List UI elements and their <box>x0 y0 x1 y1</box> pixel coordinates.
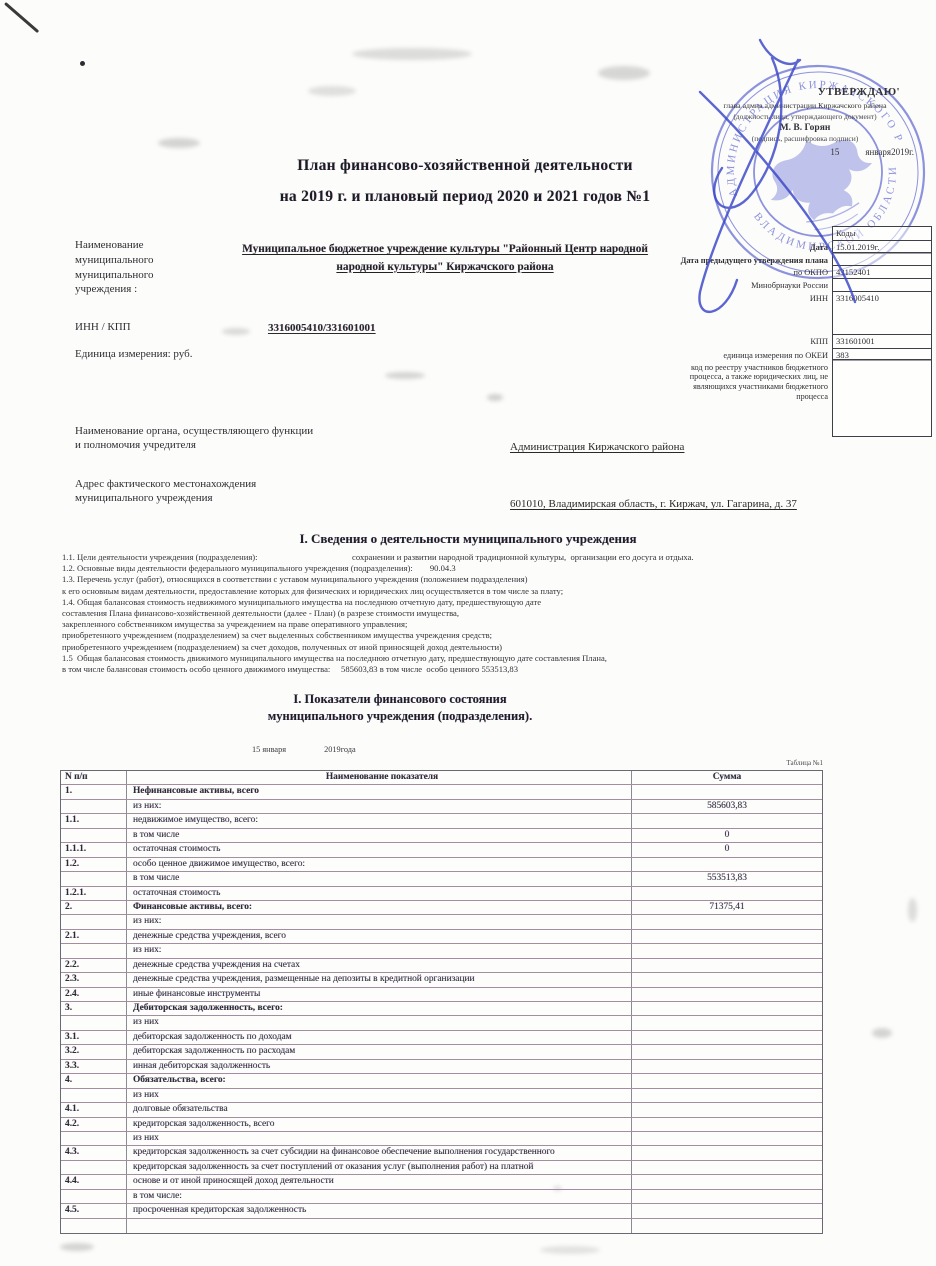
indicator-name-cell: Дебиторская задолженность, всего: <box>127 1002 632 1015</box>
scan-smudge <box>352 48 472 60</box>
sum-cell <box>632 1002 822 1015</box>
code-label: КПП <box>638 335 832 347</box>
sum-cell <box>632 1103 822 1116</box>
table-row: 1.1.1.остаточная стоимость0 <box>61 843 822 857</box>
scanned-document-page: { "approval": { "approve_word": "УТВЕРЖД… <box>0 0 936 1266</box>
indicator-name-cell: кредиторская задолженность, всего <box>127 1118 632 1131</box>
sum-cell <box>632 1045 822 1058</box>
row-number-cell <box>61 915 127 928</box>
code-value-box: 331601001 <box>832 334 932 349</box>
row-number-cell <box>61 1089 127 1102</box>
row-number-cell <box>61 800 127 813</box>
indicator-name-cell: денежные средства учреждения, всего <box>127 930 632 943</box>
fin-table-header-row: N п/п Наименование показателя Сумма <box>61 771 822 785</box>
pencil-mark <box>4 2 39 33</box>
table-row: 2.1.денежные средства учреждения, всего <box>61 930 822 944</box>
signature-strokes <box>640 30 936 330</box>
row-number-cell <box>61 1161 127 1174</box>
row-number-cell <box>61 872 127 885</box>
sum-cell <box>632 930 822 943</box>
table-row: 3.1.дебиторская задолженность по доходам <box>61 1031 822 1045</box>
org-name-value: Муниципальное бюджетное учреждение культ… <box>233 241 657 276</box>
address-value: 601010, Владимирская область, г. Киржач,… <box>510 497 798 513</box>
sum-cell <box>632 973 822 986</box>
indicator-name-cell: в том числе: <box>127 1190 632 1203</box>
indicator-name-cell: из них <box>127 1016 632 1029</box>
indicator-name-cell: Обязательства, всего: <box>127 1074 632 1087</box>
code-label: код по реестру участников бюджетного про… <box>678 361 832 402</box>
table-row: 1.1.недвижимое имущество, всего: <box>61 814 822 828</box>
row-number-cell: 2.3. <box>61 973 127 986</box>
row-number-cell: 4.4. <box>61 1175 127 1188</box>
scan-smudge <box>308 86 356 96</box>
fin-heading-line2: муниципального учреждения (подразделения… <box>100 708 700 725</box>
indicator-name-cell: денежные средства учреждения на счетах <box>127 959 632 972</box>
indicator-name-cell: из них: <box>127 915 632 928</box>
sum-cell <box>632 1089 822 1102</box>
table-row: 4.1.долговые обязательства <box>61 1103 822 1117</box>
table-row: 4.Обязательства, всего: <box>61 1074 822 1088</box>
row-number-cell: 2.1. <box>61 930 127 943</box>
table-row: из них: <box>61 915 822 929</box>
row-number-cell: 4.1. <box>61 1103 127 1116</box>
row-number-cell: 3. <box>61 1002 127 1015</box>
table-row <box>61 1219 822 1233</box>
table-row: из них <box>61 1016 822 1030</box>
table-row: из них:585603,83 <box>61 800 822 814</box>
indicator-name-cell: просроченная кредиторская задолженность <box>127 1204 632 1217</box>
row-number-cell: 1. <box>61 785 127 798</box>
sum-cell <box>632 1074 822 1087</box>
row-number-cell: 4. <box>61 1074 127 1087</box>
sum-cell <box>632 959 822 972</box>
section-info-heading: I. Сведения о деятельности муниципальног… <box>0 531 936 547</box>
row-number-cell <box>61 829 127 842</box>
indicator-name-cell: особо ценное движимое имущество, всего: <box>127 858 632 871</box>
indicator-name-cell: в том числе <box>127 829 632 842</box>
unit-label: Единица измерения: руб. <box>75 347 193 362</box>
info-paragraphs: 1.1. Цели деятельности учреждения (подра… <box>62 552 892 675</box>
table-row: из них: <box>61 944 822 958</box>
sum-cell <box>632 1060 822 1073</box>
sum-cell <box>632 1190 822 1203</box>
sum-cell: 0 <box>632 843 822 856</box>
table-row: 4.4.основе и от иной приносящей доход де… <box>61 1175 822 1189</box>
table-row: 2.3.денежные средства учреждения, размещ… <box>61 973 822 987</box>
fin-heading-line1: I. Показатели финансового состояния <box>100 691 700 708</box>
founder-label: Наименование органа, осуществляющего фун… <box>75 424 313 452</box>
row-number-cell <box>61 1132 127 1145</box>
row-number-cell: 1.2. <box>61 858 127 871</box>
indicator-name-cell: иные финансовые инструменты <box>127 988 632 1001</box>
sum-cell <box>632 785 822 798</box>
indicator-name-cell: основе и от иной приносящей доход деятел… <box>127 1175 632 1188</box>
row-number-cell <box>61 1219 127 1233</box>
table-row: в том числе553513,83 <box>61 872 822 886</box>
scan-smudge <box>158 138 200 148</box>
row-number-cell: 1.1. <box>61 814 127 827</box>
ink-dot <box>80 61 85 66</box>
table-row: 2.Финансовые активы, всего:71375,41 <box>61 901 822 915</box>
indicator-name-cell: кредиторская задолженность за счет посту… <box>127 1161 632 1174</box>
table-row: в том числе: <box>61 1190 822 1204</box>
sum-cell <box>632 1118 822 1131</box>
row-number-cell: 1.1.1. <box>61 843 127 856</box>
sum-cell <box>632 1219 822 1233</box>
table-row: из них <box>61 1089 822 1103</box>
sum-cell <box>632 988 822 1001</box>
code-label: единица измерения по ОКЕИ <box>638 349 832 361</box>
org-name-label: Наименование муниципального муниципально… <box>75 238 154 297</box>
col-header-sum: Сумма <box>632 771 822 784</box>
sum-cell <box>632 1132 822 1145</box>
row-number-cell: 4.3. <box>61 1146 127 1159</box>
address-label: Адрес фактического местонахождения муниц… <box>75 477 256 505</box>
indicator-name-cell: из них: <box>127 944 632 957</box>
table-row: в том числе0 <box>61 829 822 843</box>
indicator-name-cell: из них: <box>127 800 632 813</box>
sum-cell <box>632 1016 822 1029</box>
inn-kpp-label: ИНН / КПП <box>75 320 131 335</box>
code-row: код по реестру участников бюджетного про… <box>638 361 932 438</box>
table-row: 4.3.кредиторская задолженность за счет с… <box>61 1146 822 1160</box>
table-row: 4.5.просроченная кредиторская задолженно… <box>61 1204 822 1218</box>
sum-cell <box>632 1146 822 1159</box>
indicator-name-cell: Нефинансовые активы, всего <box>127 785 632 798</box>
sum-cell: 0 <box>632 829 822 842</box>
fin-table: N п/п Наименование показателя Сумма 1.Не… <box>60 770 823 1234</box>
row-number-cell: 2. <box>61 901 127 914</box>
table-row: из них <box>61 1132 822 1146</box>
sum-cell <box>632 1161 822 1174</box>
fin-table-body: 1.Нефинансовые активы, всегоиз них:58560… <box>61 785 822 1233</box>
table-row: 3.Дебиторская задолженность, всего: <box>61 1002 822 1016</box>
col-header-num: N п/п <box>61 771 127 784</box>
sum-cell: 585603,83 <box>632 800 822 813</box>
row-number-cell: 4.2. <box>61 1118 127 1131</box>
scan-smudge <box>60 1243 94 1251</box>
table-row: 2.4.иные финансовые инструменты <box>61 988 822 1002</box>
indicator-name-cell: Финансовые активы, всего: <box>127 901 632 914</box>
indicator-name-cell: инная дебиторская задолженность <box>127 1060 632 1073</box>
indicator-name-cell <box>127 1219 632 1233</box>
row-number-cell: 3.3. <box>61 1060 127 1073</box>
table-row: 4.2.кредиторская задолженность, всего <box>61 1118 822 1132</box>
founder-value: Администрация Киржачского района <box>510 441 684 453</box>
row-number-cell <box>61 1016 127 1029</box>
table-row: 3.3.инная дебиторская задолженность <box>61 1060 822 1074</box>
table-row: кредиторская задолженность за счет посту… <box>61 1161 822 1175</box>
scan-smudge <box>540 1246 600 1254</box>
col-header-name: Наименование показателя <box>127 771 632 784</box>
sum-cell: 71375,41 <box>632 901 822 914</box>
table-row: 2.2.денежные средства учреждения на счет… <box>61 959 822 973</box>
sum-cell <box>632 1204 822 1217</box>
indicator-name-cell: остаточная стоимость <box>127 843 632 856</box>
indicator-name-cell: дебиторская задолженность по расходам <box>127 1045 632 1058</box>
scan-smudge <box>487 394 503 401</box>
sum-cell <box>632 1175 822 1188</box>
indicator-name-cell: из них <box>127 1132 632 1145</box>
indicator-name-cell: кредиторская задолженность за счет субси… <box>127 1146 632 1159</box>
row-number-cell: 2.2. <box>61 959 127 972</box>
row-number-cell <box>61 944 127 957</box>
fin-date-day: 15 января <box>252 745 286 754</box>
indicator-name-cell: дебиторская задолженность по доходам <box>127 1031 632 1044</box>
sum-cell <box>632 887 822 900</box>
sum-cell <box>632 944 822 957</box>
table-row: 3.2.дебиторская задолженность по расхода… <box>61 1045 822 1059</box>
indicator-name-cell: остаточная стоимость <box>127 887 632 900</box>
scan-smudge <box>872 1028 892 1038</box>
row-number-cell: 3.2. <box>61 1045 127 1058</box>
sum-cell: 553513,83 <box>632 872 822 885</box>
table-row: 1.Нефинансовые активы, всего <box>61 785 822 799</box>
scan-smudge <box>908 898 917 922</box>
section-fin-heading: I. Показатели финансового состояния муни… <box>100 691 700 724</box>
sum-cell <box>632 1031 822 1044</box>
row-number-cell <box>61 1190 127 1203</box>
row-number-cell: 1.2.1. <box>61 887 127 900</box>
sum-cell <box>632 814 822 827</box>
fin-date-line: 15 января2019года <box>252 745 356 754</box>
table-row: 1.2.1.остаточная стоимость <box>61 887 822 901</box>
row-number-cell: 3.1. <box>61 1031 127 1044</box>
fin-date-year: 2019года <box>324 745 356 754</box>
table-row: 1.2.особо ценное движимое имущество, все… <box>61 858 822 872</box>
sum-cell <box>632 858 822 871</box>
table-number-note: Таблица №1 <box>713 759 823 767</box>
indicator-name-cell: из них <box>127 1089 632 1102</box>
row-number-cell: 4.5. <box>61 1204 127 1217</box>
scan-smudge <box>385 372 425 379</box>
scan-smudge <box>222 328 250 335</box>
inn-kpp-value: 3316005410/331601001 <box>268 322 376 334</box>
code-value-box <box>832 359 932 437</box>
indicator-name-cell: в том числе <box>127 872 632 885</box>
row-number-cell: 2.4. <box>61 988 127 1001</box>
sum-cell <box>632 915 822 928</box>
indicator-name-cell: недвижимое имущество, всего: <box>127 814 632 827</box>
indicator-name-cell: денежные средства учреждения, размещенны… <box>127 973 632 986</box>
indicator-name-cell: долговые обязательства <box>127 1103 632 1116</box>
